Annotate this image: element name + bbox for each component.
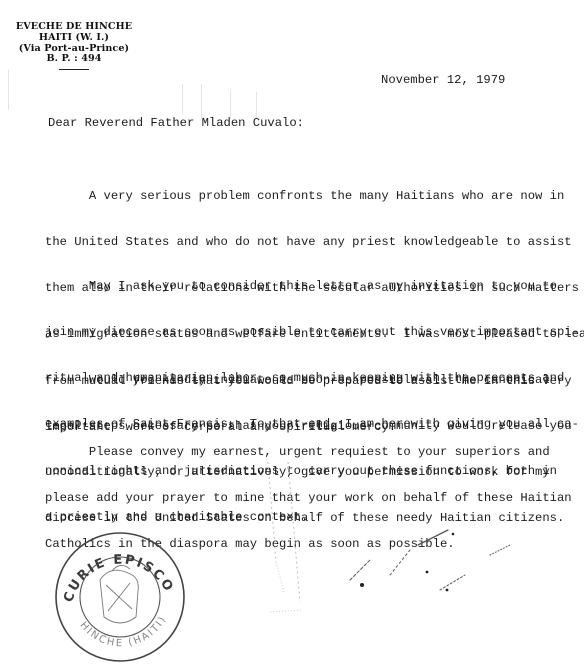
paper-crease bbox=[201, 84, 202, 118]
letterhead-line: HAITI (W. I.) bbox=[14, 33, 134, 44]
letterhead-rule bbox=[59, 69, 89, 70]
signature-icon bbox=[340, 520, 520, 600]
coat-of-arms-icon bbox=[100, 565, 138, 623]
letter-date: November 12, 1979 bbox=[381, 73, 505, 87]
letterhead: EVECHE DE HINCHE HAITI (W. I.) (Via Port… bbox=[14, 22, 134, 70]
letterhead-line: B. P. : 494 bbox=[14, 54, 134, 65]
text-line: Please convey my earnest, urgent requies… bbox=[45, 445, 572, 460]
text-line: A very serious problem confronts the man… bbox=[45, 189, 584, 204]
svg-text:CURIE EPISCOPALE +: CURIE EPISCOPALE + bbox=[50, 525, 176, 604]
paper-crease bbox=[230, 90, 231, 118]
paper-crease bbox=[182, 84, 183, 114]
svg-text:HINCHE (HAITI): HINCHE (HAITI) bbox=[77, 614, 168, 650]
paper-crease bbox=[8, 70, 9, 110]
stamp-strip-icon bbox=[262, 462, 312, 622]
episcopal-seal-icon: CURIE EPISCOPALE + HINCHE (HAITI) bbox=[50, 525, 190, 665]
paper-crease bbox=[256, 92, 257, 118]
salutation: Dear Reverend Father Mladen Cuvalo: bbox=[48, 116, 304, 130]
text-line: May I ask you to consider this letter as… bbox=[45, 279, 579, 294]
text-line: Would you kindly initiate as soon as pos… bbox=[45, 373, 572, 388]
text-line: join my diocese as soon as possible to c… bbox=[45, 325, 579, 340]
